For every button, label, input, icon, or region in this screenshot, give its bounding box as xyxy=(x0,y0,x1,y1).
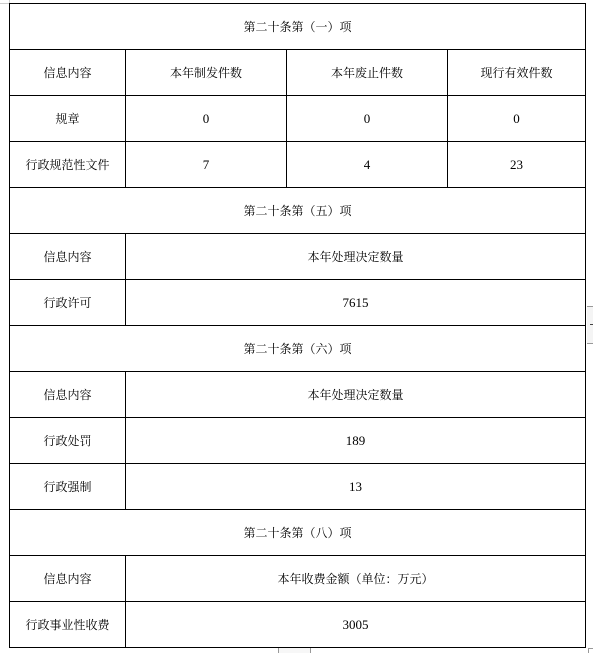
header-cell: 信息内容 xyxy=(10,234,126,280)
header-cell: 信息内容 xyxy=(10,50,126,96)
value-cell: 0 xyxy=(287,96,448,142)
header-cell: 信息内容 xyxy=(10,556,126,602)
header-row: 信息内容 本年处理决定数量 xyxy=(10,234,586,280)
row-label: 行政规范性文件 xyxy=(10,142,126,188)
section-title: 第二十条第（一）项 xyxy=(10,4,586,50)
value-cell: 13 xyxy=(126,464,586,510)
header-cell: 信息内容 xyxy=(10,372,126,418)
value-cell: 23 xyxy=(448,142,586,188)
value-cell: 189 xyxy=(126,418,586,464)
header-cell: 本年处理决定数量 xyxy=(126,372,586,418)
value-cell: 0 xyxy=(448,96,586,142)
value-cell: 7 xyxy=(126,142,287,188)
bottom-corner-mark xyxy=(588,648,593,653)
disclosure-table: 第二十条第（一）项 信息内容 本年制发件数 本年废止件数 现行有效件数 规章 0… xyxy=(9,3,586,648)
section-title: 第二十条第（五）项 xyxy=(10,188,586,234)
header-cell: 本年废止件数 xyxy=(287,50,448,96)
row-label: 规章 xyxy=(10,96,126,142)
value-cell: 4 xyxy=(287,142,448,188)
table-row: 行政许可 7615 xyxy=(10,280,586,326)
table-row: 行政事业性收费 3005 xyxy=(10,602,586,648)
header-cell: 本年收费金额（单位：万元） xyxy=(126,556,586,602)
row-label: 行政事业性收费 xyxy=(10,602,126,648)
table-row: 行政强制 13 xyxy=(10,464,586,510)
header-row: 信息内容 本年制发件数 本年废止件数 现行有效件数 xyxy=(10,50,586,96)
row-label: 行政许可 xyxy=(10,280,126,326)
row-label: 行政强制 xyxy=(10,464,126,510)
section-title: 第二十条第（六）项 xyxy=(10,326,586,372)
row-label: 行政处罚 xyxy=(10,418,126,464)
header-cell: 现行有效件数 xyxy=(448,50,586,96)
table-row: 行政规范性文件 7 4 23 xyxy=(10,142,586,188)
side-resize-handle[interactable] xyxy=(587,306,593,344)
value-cell: 3005 xyxy=(126,602,586,648)
header-cell: 本年处理决定数量 xyxy=(126,234,586,280)
section-title-row: 第二十条第（一）项 xyxy=(10,4,586,50)
value-cell: 7615 xyxy=(126,280,586,326)
table-row: 行政处罚 189 xyxy=(10,418,586,464)
section-title-row: 第二十条第（八）项 xyxy=(10,510,586,556)
section-title-row: 第二十条第（六）项 xyxy=(10,326,586,372)
bottom-scroll-tab[interactable] xyxy=(278,648,311,653)
value-cell: 0 xyxy=(126,96,287,142)
section-title-row: 第二十条第（五）项 xyxy=(10,188,586,234)
section-title: 第二十条第（八）项 xyxy=(10,510,586,556)
header-row: 信息内容 本年收费金额（单位：万元） xyxy=(10,556,586,602)
header-cell: 本年制发件数 xyxy=(126,50,287,96)
header-row: 信息内容 本年处理决定数量 xyxy=(10,372,586,418)
table-row: 规章 0 0 0 xyxy=(10,96,586,142)
